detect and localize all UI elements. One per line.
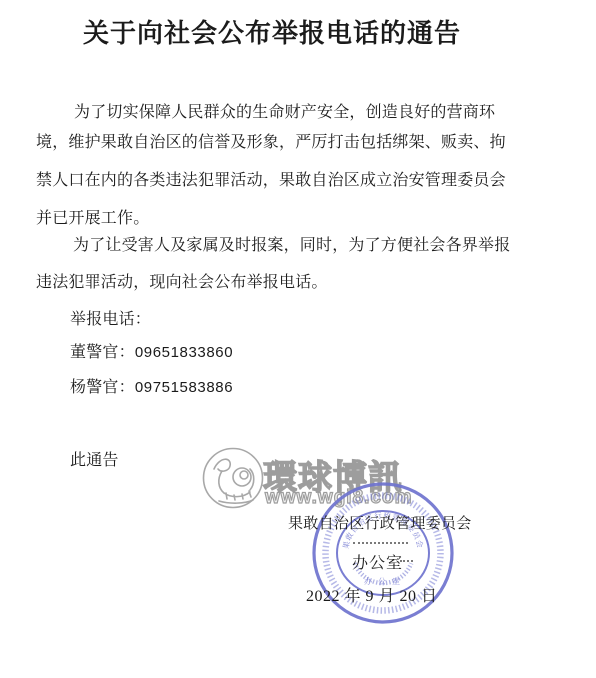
signature-office: 办公室 <box>352 550 403 573</box>
paragraph1-line2: 境，维护果敢自治区的信誉及形象，严厉打击包括绑架、贩卖、拘 <box>36 129 506 152</box>
hotline-heading: 举报电话： <box>70 306 151 329</box>
hotline-officer-name: 杨警官： <box>70 379 135 396</box>
hotline-officer-name: 董警官： <box>70 344 135 361</box>
hotline-phone-number: 09651833860 <box>135 344 233 361</box>
hotline-phone-number: 09751583886 <box>135 379 233 396</box>
notice-document: 環球博訊 www.wgi8.com 果敢自治区行政管理委员会 办 公 室 关于向… <box>0 0 596 678</box>
hotline-entry: 杨警官：09751583886 <box>70 374 233 397</box>
notice-title: 关于向社会公布举报电话的通告 <box>0 13 544 50</box>
paragraph1-line3: 禁人口在内的各类违法犯罪活动，果敢自治区成立治安管理委员会 <box>36 167 506 190</box>
signature-date: 2022 年 9 月 20 日 <box>306 583 438 606</box>
closing-text: 此通告 <box>70 447 119 470</box>
hotline-entry: 董警官：09651833860 <box>70 339 233 362</box>
paragraph2-line1: 为了让受害人及家属及时报案，同时，为了方便社会各界举报 <box>73 232 510 255</box>
dotted-line <box>353 542 408 544</box>
paragraph2-line2: 违法犯罪活动，现向社会公布举报电话。 <box>36 269 328 292</box>
paragraph1-line1: 为了切实保障人民群众的生命财产安全，创造良好的营商环 <box>74 99 495 122</box>
lion-logo-icon <box>201 446 265 510</box>
signature-organization: 果敢自治区行政管理委员会 <box>288 512 472 533</box>
paragraph1-line4: 并已开展工作。 <box>36 205 149 228</box>
